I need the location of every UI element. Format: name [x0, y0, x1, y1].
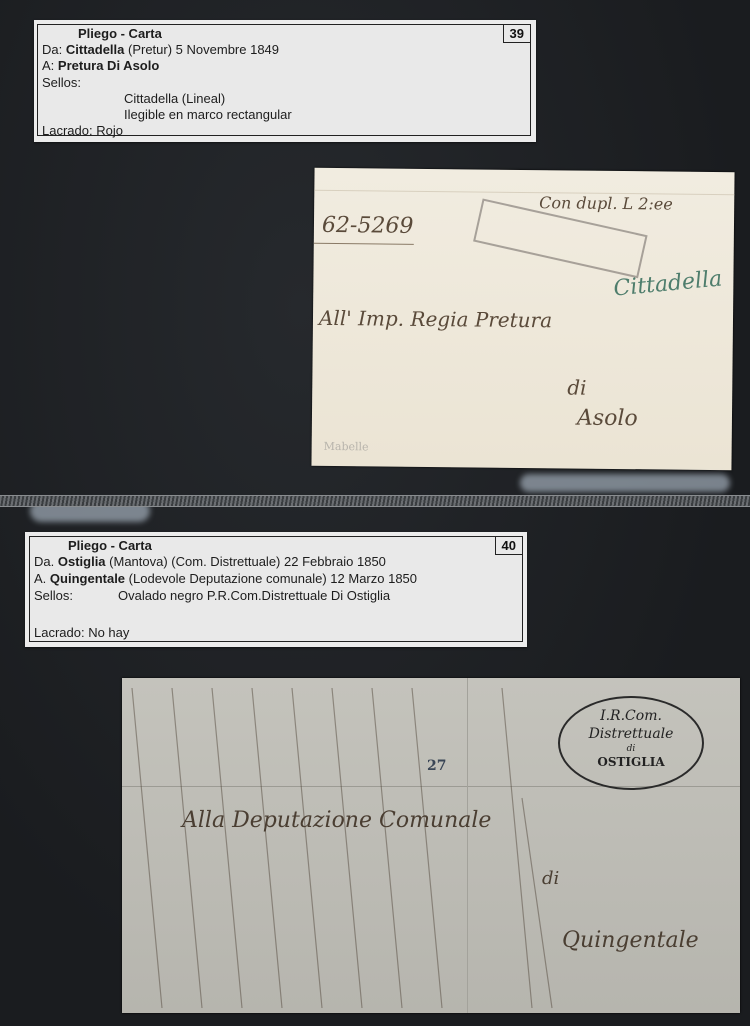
address-line-3: Asolo [577, 406, 638, 432]
lot-number: 40 [495, 536, 523, 555]
top-note: Con dupl. L 2:ee [539, 193, 673, 213]
lot-39-label: 39 Pliego - Carta Da: Cittadella (Pretur… [34, 20, 536, 142]
stamps-line-2: Ilegible en marco rectangular [124, 107, 292, 122]
stamps-line-1: Cittadella (Lineal) [124, 91, 225, 106]
stamps-line-1: Ovalado negro P.R.Com.Distrettuale Di Os… [118, 588, 390, 603]
reference-note: 62-5269 [322, 213, 414, 239]
seal-line: Lacrado: Rojo [42, 123, 123, 138]
album-sleeve-strip [0, 495, 750, 507]
stamps-label: Sellos: [42, 75, 81, 90]
lot-40-cover-image: ‌ I.R.Com. Distrettuale di OSTIGLIA 27 A… [122, 678, 740, 1013]
seal-line: Lacrado: No hay [34, 625, 129, 640]
lot-title: Pliego - Carta [68, 538, 152, 553]
lot-title: Pliego - Carta [78, 26, 162, 41]
lot-39-cover-image: 62-5269 Con dupl. L 2:ee Cittadella All'… [311, 168, 734, 470]
album-page: 39 Pliego - Carta Da: Cittadella (Pretur… [0, 0, 750, 1026]
lot-number: 39 [503, 24, 531, 43]
sleeve-glare [520, 474, 730, 492]
underline [314, 243, 414, 245]
from-line: Da: Cittadella (Pretur) 5 Novembre 1849 [42, 42, 279, 57]
address-line-1: All' Imp. Regia Pretura [319, 306, 552, 332]
to-line: A. Quingentale (Lodevole Deputazione com… [34, 571, 417, 586]
address-line-2: di [567, 375, 586, 399]
cover-fold [314, 168, 734, 195]
pencil-note: Mabelle [324, 440, 369, 453]
stamps-label: Sellos: [34, 588, 73, 603]
to-line: A: Pretura Di Asolo [42, 58, 159, 73]
lot-40-label: 40 Pliego - Carta Da. Ostiglia (Mantova)… [25, 532, 527, 647]
from-line: Da. Ostiglia (Mantova) (Com. Distrettual… [34, 554, 386, 569]
letter-handwriting-strokes [122, 678, 740, 1013]
